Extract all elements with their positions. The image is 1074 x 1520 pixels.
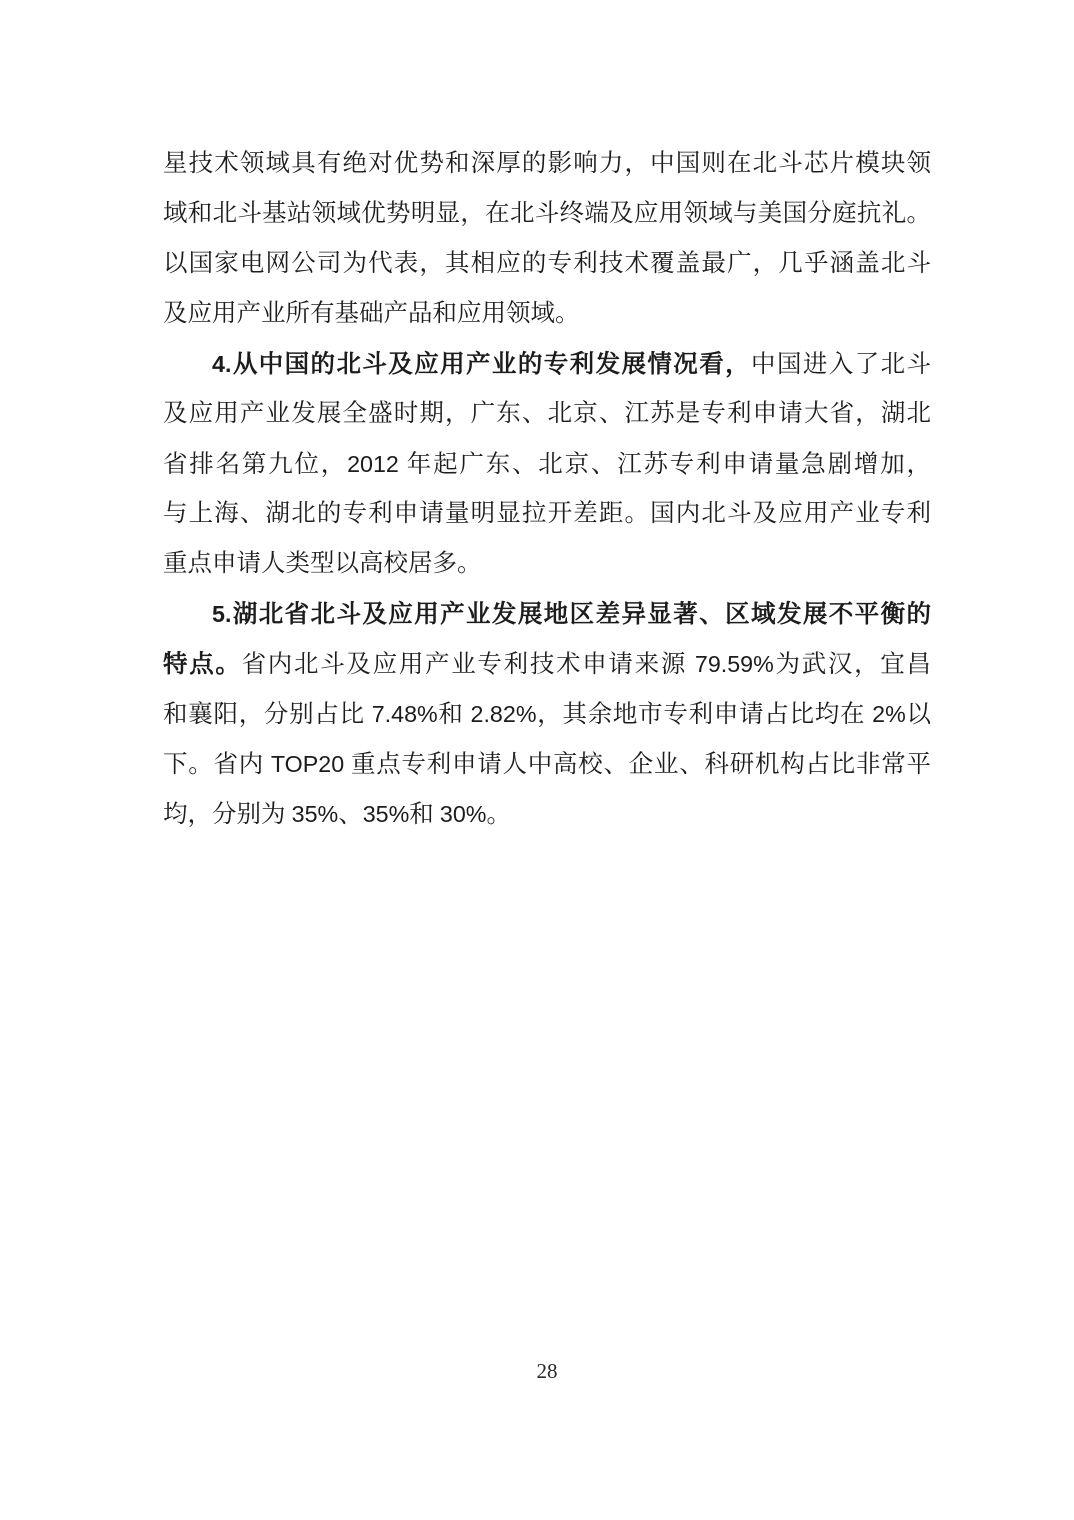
paragraph: 5.湖北省北斗及应用产业发展地区差异显著、区域发展不平衡的 特点。省内北斗及应用… — [163, 589, 931, 839]
text-run: 均，分别为 35%、35%和 30%。 — [163, 801, 511, 828]
text-line: 重点申请人类型以高校居多。 — [163, 539, 931, 589]
text-run: 及应用产业发展全盛时期，广东、北京、江苏是专利申请大省，湖北 — [163, 400, 931, 427]
text-run: 中国进入了北斗 — [751, 351, 931, 378]
text-line: 5.湖北省北斗及应用产业发展地区差异显著、区域发展不平衡的 — [163, 589, 931, 639]
document-page: 星技术领域具有绝对优势和深厚的影响力，中国则在北斗芯片模块领 域和北斗基站领域优… — [0, 0, 1074, 1520]
paragraph: 4.从中国的北斗及应用产业的专利发展情况看，中国进入了北斗 及应用产业发展全盛时… — [163, 339, 931, 589]
paragraph: 星技术领域具有绝对优势和深厚的影响力，中国则在北斗芯片模块领 域和北斗基站领域优… — [163, 139, 931, 339]
document-body-text: 星技术领域具有绝对优势和深厚的影响力，中国则在北斗芯片模块领 域和北斗基站领域优… — [163, 139, 931, 839]
text-line: 4.从中国的北斗及应用产业的专利发展情况看，中国进入了北斗 — [163, 339, 931, 389]
text-line: 星技术领域具有绝对优势和深厚的影响力，中国则在北斗芯片模块领 — [163, 139, 931, 189]
text-line: 下。省内 TOP20 重点专利申请人中高校、企业、科研机构占比非常平 — [163, 739, 931, 789]
text-run-bold: 特点。 — [163, 651, 242, 678]
text-run: 以国家电网公司为代表，其相应的专利技术覆盖最广，几乎涵盖北斗 — [163, 250, 931, 277]
text-run: 省内北斗及应用产业专利技术申请来源 79.59%为武汉，宜昌 — [242, 651, 931, 678]
text-line: 及应用产业发展全盛时期，广东、北京、江苏是专利申请大省，湖北 — [163, 389, 931, 439]
text-line: 和襄阳，分别占比 7.48%和 2.82%，其余地市专利申请占比均在 2%以 — [163, 689, 931, 739]
text-run: 和襄阳，分别占比 7.48%和 2.82%，其余地市专利申请占比均在 2%以 — [163, 701, 931, 728]
text-line: 省排名第九位，2012 年起广东、北京、江苏专利申请量急剧增加， — [163, 439, 931, 489]
page-number-footer: 28 — [163, 1358, 931, 1384]
text-run: 下。省内 TOP20 重点专利申请人中高校、企业、科研机构占比非常平 — [163, 751, 931, 778]
text-line: 域和北斗基站领域优势明显，在北斗终端及应用领域与美国分庭抗礼。 — [163, 189, 931, 239]
text-run: 省排名第九位，2012 年起广东、北京、江苏专利申请量急剧增加， — [163, 451, 931, 478]
text-line: 及应用产业所有基础产品和应用领域。 — [163, 289, 931, 339]
text-run: 域和北斗基站领域优势明显，在北斗终端及应用领域与美国分庭抗礼。 — [163, 200, 931, 227]
text-line: 均，分别为 35%、35%和 30%。 — [163, 789, 931, 839]
text-run: 与上海、湖北的专利申请量明显拉开差距。国内北斗及应用产业专利 — [163, 500, 931, 527]
text-line: 以国家电网公司为代表，其相应的专利技术覆盖最广，几乎涵盖北斗 — [163, 239, 931, 289]
text-run: 及应用产业所有基础产品和应用领域。 — [163, 300, 580, 327]
text-line: 与上海、湖北的专利申请量明显拉开差距。国内北斗及应用产业专利 — [163, 489, 931, 539]
text-run: 星技术领域具有绝对优势和深厚的影响力，中国则在北斗芯片模块领 — [163, 150, 931, 177]
text-line: 特点。省内北斗及应用产业专利技术申请来源 79.59%为武汉，宜昌 — [163, 639, 931, 689]
text-run-bold: 5.湖北省北斗及应用产业发展地区差异显著、区域发展不平衡的 — [212, 601, 931, 628]
text-run-bold: 4.从中国的北斗及应用产业的专利发展情况看， — [212, 351, 751, 378]
text-run: 重点申请人类型以高校居多。 — [163, 550, 482, 577]
